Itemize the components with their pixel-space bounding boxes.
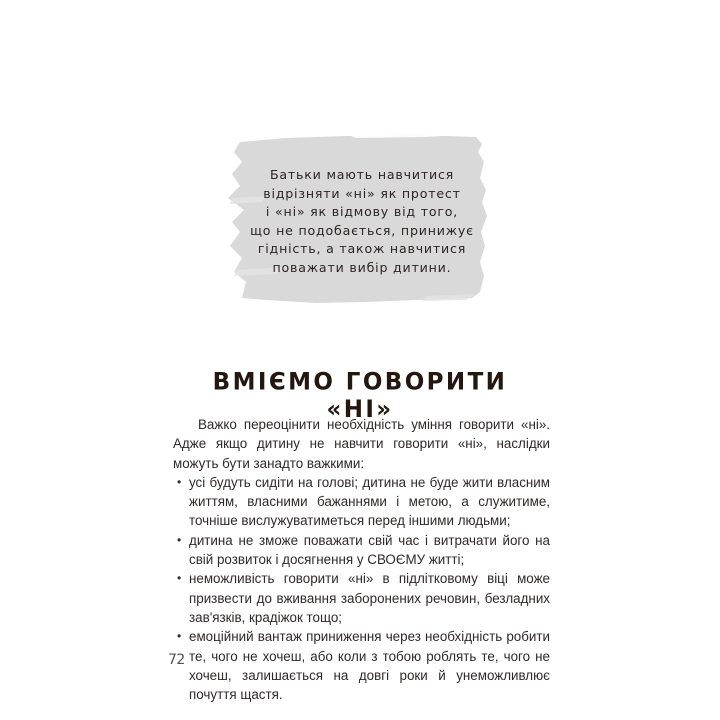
quote-callout: Батьки мають навчитися відрізняти «ні» я… (226, 132, 488, 310)
quote-text: Батьки мають навчитися відрізняти «ні» я… (226, 166, 488, 278)
bullet-icon: • (177, 473, 181, 492)
list-item-text: неможливість говорити «ні» в підлітковом… (189, 571, 550, 625)
bullet-icon: • (177, 627, 181, 646)
intro-paragraph: Важко переоцінити необхідність уміння го… (173, 415, 550, 473)
quote-line: гідність, а також навчитися (236, 240, 488, 259)
quote-line: відрізняти «ні» як протест (236, 185, 488, 204)
list-item: • емоційний вантаж приниження через необ… (173, 627, 550, 704)
quote-line: що не подобається, принижує (236, 222, 488, 241)
quote-line: і «ні» як відмову від того, (236, 203, 488, 222)
list-item-text: дитина не зможе поважати свій час і витр… (189, 533, 550, 567)
section-body: Важко переоцінити необхідність уміння го… (173, 415, 550, 704)
bullet-icon: • (177, 569, 181, 588)
book-page: Батьки мають навчитися відрізняти «ні» я… (0, 0, 720, 720)
list-item: • усі будуть сидіти на голові; дитина не… (173, 473, 550, 531)
bullet-icon: • (177, 531, 181, 550)
list-item: • неможливість говорити «ні» в підлітков… (173, 569, 550, 627)
list-item-text: емоційний вантаж приниження через необхі… (189, 629, 550, 702)
list-item: • дитина не зможе поважати свій час і ви… (173, 531, 550, 570)
page-number: 72 (168, 652, 185, 668)
quote-line: поважати вибір дитини. (236, 259, 488, 278)
quote-line: Батьки мають навчитися (236, 166, 488, 185)
consequences-list: • усі будуть сидіти на голові; дитина не… (173, 473, 550, 705)
list-item-text: усі будуть сидіти на голові; дитина не б… (189, 475, 550, 529)
